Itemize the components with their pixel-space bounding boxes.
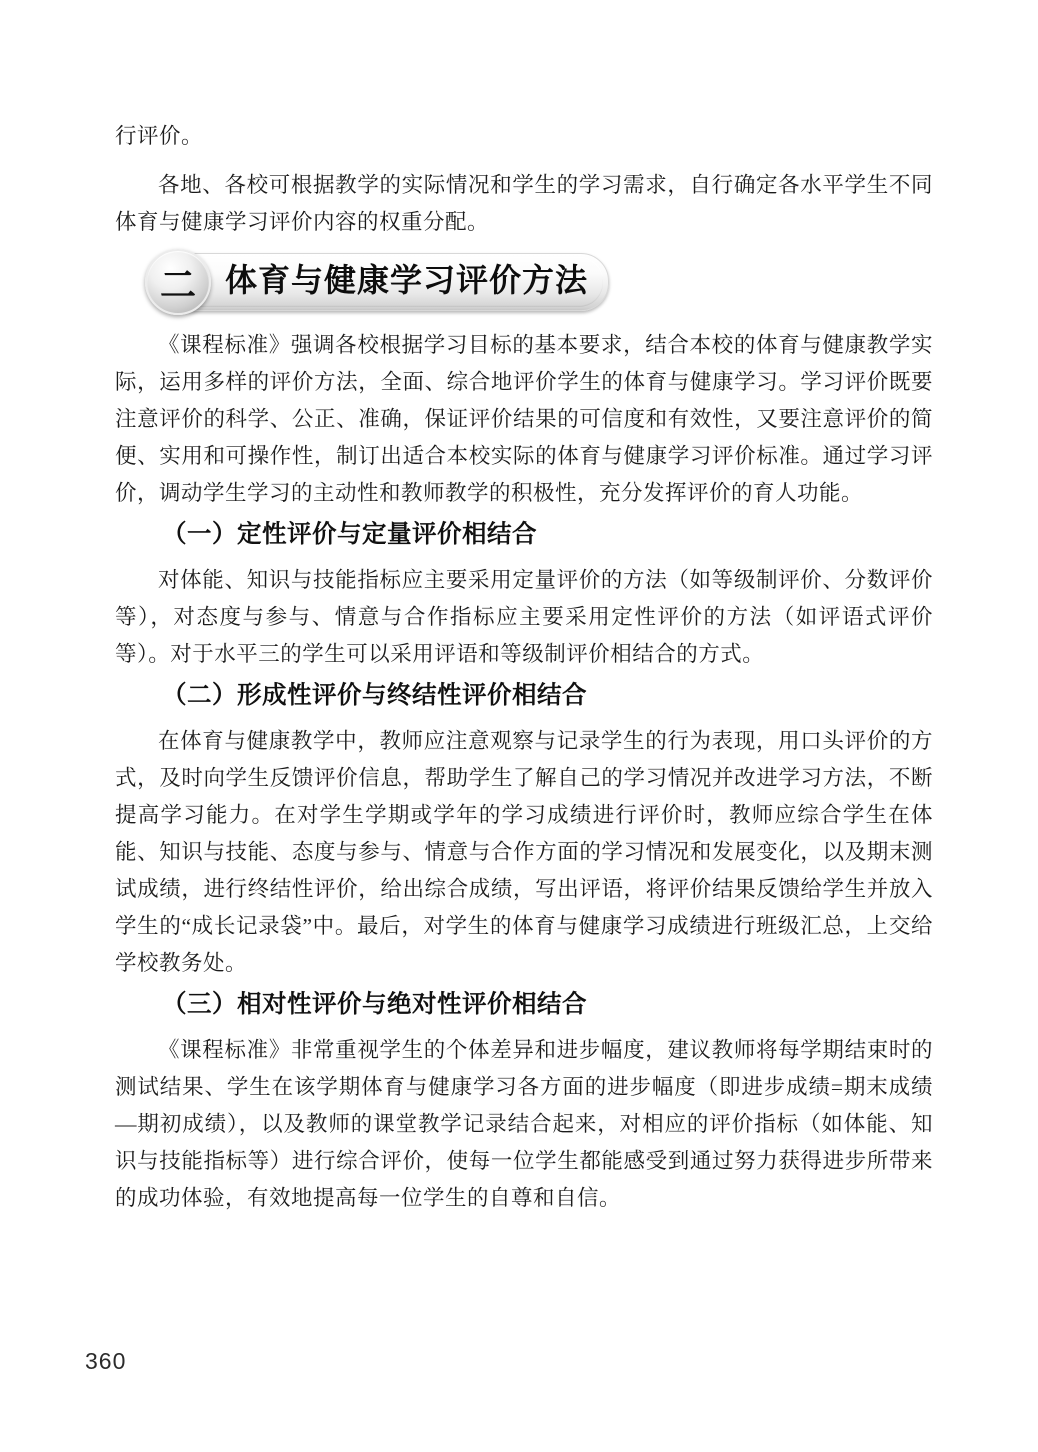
subsection-1-paragraph: 对体能、知识与技能指标应主要采用定量评价的方法（如等级制评价、分数评价等），对态… (115, 562, 933, 673)
page-content: 行评价。 各地、各校可根据教学的实际情况和学生的学习需求，自行确定各水平学生不同… (115, 0, 933, 1217)
carryover-paragraph-line: 行评价。 (115, 118, 933, 155)
subsection-2-heading: （二）形成性评价与终结性评价相结合 (162, 679, 933, 713)
section-title: 体育与健康学习评价方法 (225, 249, 588, 313)
subsection-3-heading: （三）相对性评价与绝对性评价相结合 (162, 988, 933, 1022)
subsection-2-paragraph: 在体育与健康教学中，教师应注意观察与记录学生的行为表现，用口头评价的方式，及时向… (115, 723, 933, 982)
page-number: 360 (85, 1348, 126, 1375)
book-page: 行评价。 各地、各校可根据教学的实际情况和学生的学习需求，自行确定各水平学生不同… (0, 0, 1038, 1452)
intro-paragraph: 各地、各校可根据教学的实际情况和学生的学习需求，自行确定各水平学生不同体育与健康… (115, 167, 933, 241)
section-lead-paragraph: 《课程标准》强调各校根据学习目标的基本要求，结合本校的体育与健康教学实际，运用多… (115, 327, 933, 512)
section-number-badge: 二 (145, 249, 211, 315)
subsection-3-paragraph: 《课程标准》非常重视学生的个体差异和进步幅度，建议教师将每学期结束时的测试结果、… (115, 1032, 933, 1217)
section-header: 二 体育与健康学习评价方法 (145, 249, 607, 313)
subsection-1-heading: （一）定性评价与定量评价相结合 (162, 518, 933, 552)
